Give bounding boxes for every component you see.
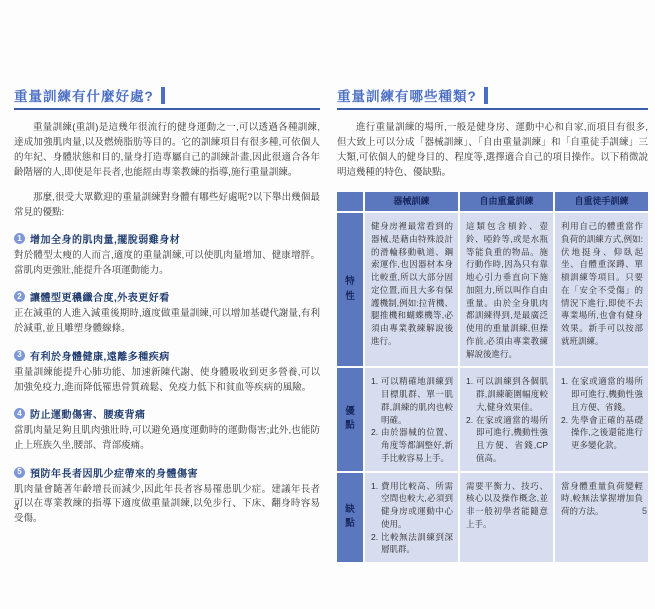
cons-free-weight-cell: 需要平衡力、技巧、核心以及操作概念,並非一般初學者能隨意上手。 <box>460 473 553 563</box>
benefit-heading-4: 4 防止運動傷害、腰痠背痛 <box>14 406 320 421</box>
list-item: 在家或適當的場所即可進行,機動性強且方便、省錢。 <box>561 375 643 413</box>
number-badge-icon: 4 <box>14 408 25 419</box>
benefit-body: 重量訓練能提升心肺功能、加速新陳代謝、使身體吸收到更多營養,可以加強免疫力,進而… <box>14 366 320 395</box>
row-label-pros: 優點 <box>337 368 363 470</box>
list-item: 先學會正確的基礎操作,之後還能進行更多變化款。 <box>561 414 643 452</box>
row-label-traits: 特性 <box>337 213 363 366</box>
left-intro-paragraph-2: 那麼,很受大眾歡迎的重量訓練對身體有哪些好處呢?以下舉出幾個最常見的優點: <box>14 190 320 220</box>
row-label-text: 特性 <box>345 275 355 304</box>
cell-text: 健身房裡最常看到的器械,是藉由特殊設計的滑輪移動軌道、鋼索運作,也因器材本身比較… <box>371 220 453 348</box>
number-badge-icon: 3 <box>14 350 25 361</box>
list-item: 可以精確地訓練到目標肌群、單一肌群,訓練的肌肉也較明確。 <box>371 375 453 426</box>
benefit-body: 肌肉量會隨著年齡增長而減少,因此年長者容易罹患肌少症。建議年長者可以在專業教練的… <box>14 483 320 527</box>
benefit-title: 增加全身的肌肉量,擺脫弱雞身材 <box>30 231 180 246</box>
list-item: 比較無法訓練到深層肌群。 <box>371 531 453 557</box>
benefit-section-4: 4 防止運動傷害、腰痠背痛 當肌肉量足夠且肌肉強壯時,可以避免過度運動時的運動傷… <box>14 406 320 453</box>
cell-text: 這類包含槓鈴、壺鈴、啞鈴等,或是水瓶等能負重的物品。施行動作時,因為只有靠地心引… <box>466 220 548 360</box>
pros-bodyweight-cell: 在家或適當的場所即可進行,機動性強且方便、省錢。 先學會正確的基礎操作,之後還能… <box>555 368 648 470</box>
left-intro-paragraph-1: 重量訓練(重訓)是這幾年很流行的健身運動之一,可以透過各種訓練,達成加強肌肉量,… <box>14 120 320 180</box>
column-header-machine: 器械訓練 <box>365 192 458 211</box>
benefit-heading-2: 2 讓體型更穠纖合度,外表更好看 <box>14 289 320 304</box>
traits-bodyweight-cell: 利用自己的體重當作負荷的訓練方式,例如:伏地挺身、仰臥起坐、自體重深蹲、單槓訓練… <box>555 213 648 366</box>
list-item: 可以訓練到各個肌群,訓練範圍幅度較大,健身效果佳。 <box>466 375 548 413</box>
cell-text: 需要平衡力、技巧、核心以及操作概念,並非一般初學者能隨意上手。 <box>466 480 548 531</box>
number-badge-icon: 2 <box>14 291 25 302</box>
benefit-section-5: 5 預防年長者因肌少症帶來的身體傷害 肌肉量會隨著年齡增長而減少,因此年長者容易… <box>14 465 320 527</box>
list-item: 在家或適當的場所即可進行,機動性強且方便、省錢,CP 值高。 <box>466 414 548 465</box>
title-underline <box>14 108 320 110</box>
number-badge-icon: 5 <box>14 467 25 478</box>
training-types-table: 器械訓練 自由重量訓練 自重徒手訓練 特性 健身房裡最常看到的器械,是藉由特殊設… <box>337 192 648 562</box>
table-corner-cell <box>337 192 363 211</box>
cell-text: 利用自己的體重當作負荷的訓練方式,例如:伏地挺身、仰臥起坐、自體重深蹲、單槓訓練… <box>561 220 643 348</box>
benefit-title: 預防年長者因肌少症帶來的身體傷害 <box>30 465 198 480</box>
column-header-free-weight: 自由重量訓練 <box>460 192 553 211</box>
page-left: 重量訓練有什麼好處? 重量訓練(重訓)是這幾年很流行的健身運動之一,可以透過各種… <box>14 86 320 527</box>
list-item: 費用比較高、所需空間也較大,必須到健身房或運動中心使用。 <box>371 480 453 531</box>
traits-machine-cell: 健身房裡最常看到的器械,是藉由特殊設計的滑輪移動軌道、鋼索運作,也因器材本身比較… <box>365 213 458 366</box>
pros-list: 可以訓練到各個肌群,訓練範圍幅度較大,健身效果佳。 在家或適當的場所即可進行,機… <box>466 375 548 464</box>
title-accent-bar <box>161 87 165 104</box>
pros-free-weight-cell: 可以訓練到各個肌群,訓練範圍幅度較大,健身效果佳。 在家或適當的場所即可進行,機… <box>460 368 553 470</box>
cons-list: 費用比較高、所需空間也較大,必須到健身房或運動中心使用。 比較無法訓練到深層肌群… <box>371 480 453 557</box>
benefit-heading-5: 5 預防年長者因肌少症帶來的身體傷害 <box>14 465 320 480</box>
left-title-row: 重量訓練有什麼好處? <box>14 86 320 104</box>
cell-text: 當身體重量負荷變輕時,較無法掌握增加負荷的方法。 <box>561 480 643 518</box>
benefit-body: 對於體型太瘦的人而言,適度的重量訓練,可以使肌肉量增加、健康增胖。當肌肉更強壯,… <box>14 249 320 278</box>
row-label-text: 缺點 <box>345 503 355 532</box>
page-number-left: 4 <box>14 502 19 512</box>
benefit-title: 讓體型更穠纖合度,外表更好看 <box>30 289 170 304</box>
benefit-section-3: 3 有利於身體健康,遠離多種疾病 重量訓練能提升心肺功能、加速新陳代謝、使身體吸… <box>14 348 320 395</box>
title-accent-bar <box>484 87 488 104</box>
list-item: 由於器械的位置、角度等都調整好,新手比較容易上手。 <box>371 426 453 464</box>
left-page-title: 重量訓練有什麼好處? <box>14 85 154 105</box>
column-header-bodyweight: 自重徒手訓練 <box>555 192 648 211</box>
pros-list: 可以精確地訓練到目標肌群、單一肌群,訓練的肌肉也較明確。 由於器械的位置、角度等… <box>371 375 453 464</box>
benefit-section-2: 2 讓體型更穠纖合度,外表更好看 正在減重的人進入減重後期時,適度做重量訓練,可… <box>14 289 320 336</box>
title-underline <box>337 108 648 110</box>
benefit-section-1: 1 增加全身的肌肉量,擺脫弱雞身材 對於體型太瘦的人而言,適度的重量訓練,可以使… <box>14 231 320 278</box>
row-label-text: 優點 <box>345 405 355 434</box>
benefit-body: 正在減重的人進入減重後期時,適度做重量訓練,可以增加基礎代謝量,有利於減重,並且… <box>14 307 320 336</box>
pros-list: 在家或適當的場所即可進行,機動性強且方便、省錢。 先學會正確的基礎操作,之後還能… <box>561 375 643 452</box>
cons-bodyweight-cell: 當身體重量負荷變輕時,較無法掌握增加負荷的方法。 <box>555 473 648 563</box>
right-title-row: 重量訓練有哪些種類? <box>337 86 648 104</box>
right-page-title: 重量訓練有哪些種類? <box>337 85 477 105</box>
benefit-body: 當肌肉量足夠且肌肉強壯時,可以避免過度運動時的運動傷害;此外,也能防止上班族久坐… <box>14 424 320 453</box>
pros-machine-cell: 可以精確地訓練到目標肌群、單一肌群,訓練的肌肉也較明確。 由於器械的位置、角度等… <box>365 368 458 470</box>
page-number-right: 5 <box>642 506 647 516</box>
benefit-heading-1: 1 增加全身的肌肉量,擺脫弱雞身材 <box>14 231 320 246</box>
cons-machine-cell: 費用比較高、所需空間也較大,必須到健身房或運動中心使用。 比較無法訓練到深層肌群… <box>365 473 458 563</box>
benefit-title: 有利於身體健康,遠離多種疾病 <box>30 348 170 363</box>
right-intro-paragraph: 進行重量訓練的場所,一般是健身房、運動中心和自家,而項目有很多,但大致上可以分成… <box>337 120 648 180</box>
benefit-heading-3: 3 有利於身體健康,遠離多種疾病 <box>14 348 320 363</box>
benefit-title: 防止運動傷害、腰痠背痛 <box>30 406 146 421</box>
number-badge-icon: 1 <box>14 233 25 244</box>
page-right: 重量訓練有哪些種類? 進行重量訓練的場所,一般是健身房、運動中心和自家,而項目有… <box>337 86 648 562</box>
traits-free-weight-cell: 這類包含槓鈴、壺鈴、啞鈴等,或是水瓶等能負重的物品。施行動作時,因為只有靠地心引… <box>460 213 553 366</box>
row-label-cons: 缺點 <box>337 473 363 563</box>
